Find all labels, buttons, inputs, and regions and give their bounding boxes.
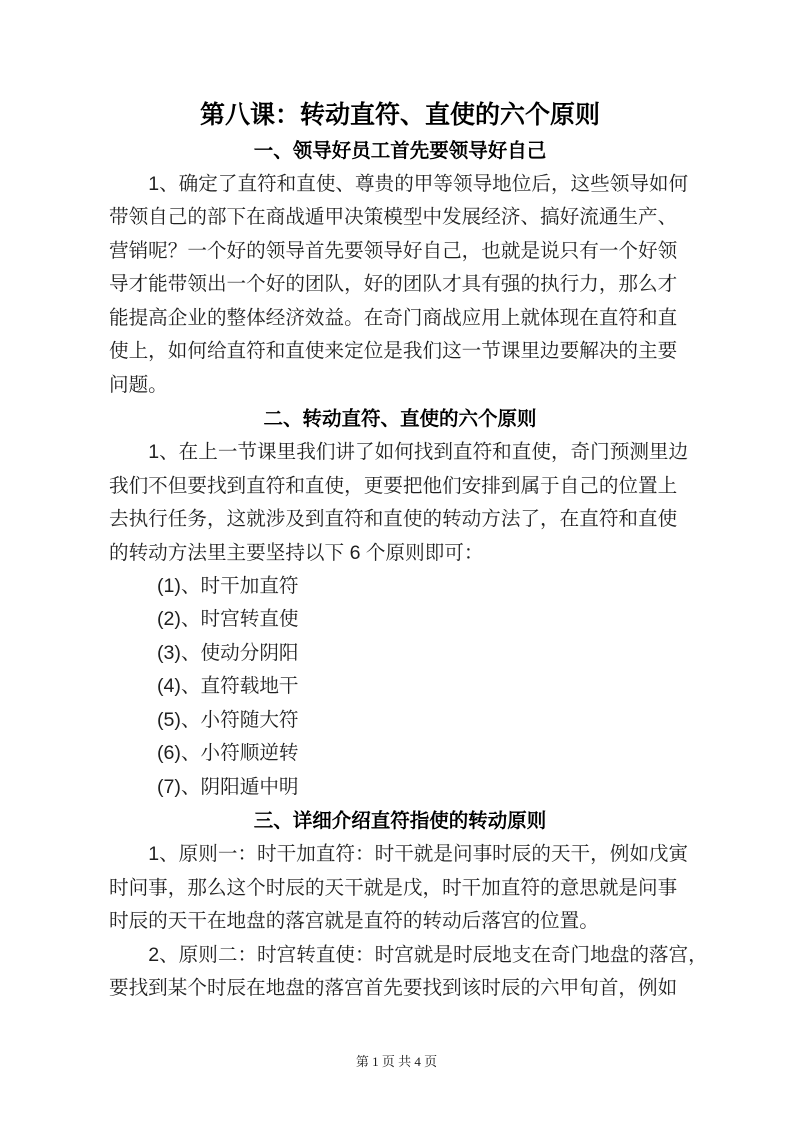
page-footer: 第 1 页 共 4 页 <box>0 1051 793 1070</box>
principles-list: (1)、时干加直符 (2)、时宫转直使 (3)、使动分阴阳 (4)、直符载地干 … <box>109 570 691 804</box>
section-heading-1: 一、领导好员工首先要领导好自己 <box>109 134 691 168</box>
list-item-3: (3)、使动分阴阳 <box>109 637 691 670</box>
document-page: 第八课：转动直符、直使的六个原则 一、领导好员工首先要领导好自己 1、确定了直符… <box>0 0 793 1122</box>
section-heading-3: 三、详细介绍直符指使的转动原则 <box>109 804 691 838</box>
section-heading-2: 二、转动直符、直使的六个原则 <box>109 402 691 436</box>
list-item-2: (2)、时宫转直使 <box>109 603 691 636</box>
list-item-1: (1)、时干加直符 <box>109 570 691 603</box>
list-item-7: (7)、阴阳遁中明 <box>109 771 691 804</box>
document-title: 第八课：转动直符、直使的六个原则 <box>109 96 691 134</box>
list-item-6: (6)、小符顺逆转 <box>109 737 691 770</box>
list-item-5: (5)、小符随大符 <box>109 704 691 737</box>
document-content: 第八课：转动直符、直使的六个原则 一、领导好员工首先要领导好自己 1、确定了直符… <box>109 0 691 1005</box>
page-number: 第 1 页 共 4 页 <box>356 1054 437 1069</box>
list-item-4: (4)、直符载地干 <box>109 670 691 703</box>
section-2-paragraph-1: 1、在上一节课里我们讲了如何找到直符和直使，奇门预测里边 我们不但要找到直符和直… <box>109 436 731 570</box>
section-3-paragraph-2: 2、原则二：时宫转直使：时宫就是时辰地支在奇门地盘的落宫， 要找到某个时辰在地盘… <box>109 939 731 1006</box>
section-1-paragraph-1: 1、确定了直符和直使、尊贵的甲等领导地位后，这些领导如何 带领自己的部下在商战遁… <box>109 168 731 402</box>
section-3-paragraph-1: 1、原则一：时干加直符：时干就是问事时辰的天干，例如戊寅 时问事，那么这个时辰的… <box>109 838 731 938</box>
